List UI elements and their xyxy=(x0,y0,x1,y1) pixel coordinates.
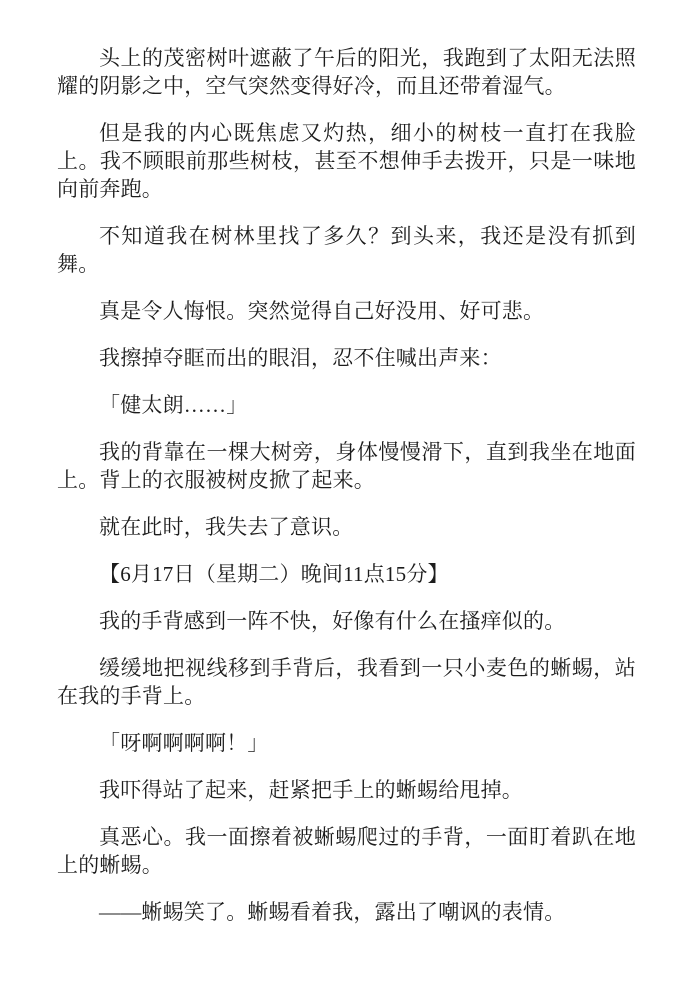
paragraph: 真是令人悔恨。突然觉得自己好没用、好可悲。 xyxy=(57,297,636,325)
paragraph: 真恶心。我一面擦着被蜥蜴爬过的手背，一面盯着趴在地上的蜥蜴。 xyxy=(57,823,636,879)
paragraph: 我的手背感到一阵不快，好像有什么在搔痒似的。 xyxy=(57,607,636,635)
document-page: 头上的茂密树叶遮蔽了午后的阳光，我跑到了太阳无法照耀的阴影之中，空气突然变得好冷… xyxy=(0,0,700,992)
paragraph: 不知道我在树林里找了多久？到头来，我还是没有抓到舞。 xyxy=(57,222,636,278)
paragraph: ——蜥蜴笑了。蜥蜴看着我，露出了嘲讽的表情。 xyxy=(57,898,636,926)
paragraph: 缓缓地把视线移到手背后，我看到一只小麦色的蜥蜴，站在我的手背上。 xyxy=(57,654,636,710)
paragraph: 我吓得站了起来，赶紧把手上的蜥蜴给甩掉。 xyxy=(57,776,636,804)
paragraph: 但是我的内心既焦虑又灼热，细小的树枝一直打在我脸上。我不顾眼前那些树枝，甚至不想… xyxy=(57,119,636,203)
paragraph: 头上的茂密树叶遮蔽了午后的阳光，我跑到了太阳无法照耀的阴影之中，空气突然变得好冷… xyxy=(57,44,636,100)
paragraph: 我的背靠在一棵大树旁，身体慢慢滑下，直到我坐在地面上。背上的衣服被树皮掀了起来。 xyxy=(57,438,636,494)
datetime-heading: 【6月17日（星期二）晚间11点15分】 xyxy=(57,560,636,588)
paragraph: 我擦掉夺眶而出的眼泪，忍不住喊出声来： xyxy=(57,344,636,372)
dialogue-line: 「呀啊啊啊啊！」 xyxy=(57,729,636,757)
paragraph: 就在此时，我失去了意识。 xyxy=(57,513,636,541)
dialogue-line: 「健太朗……」 xyxy=(57,391,636,419)
